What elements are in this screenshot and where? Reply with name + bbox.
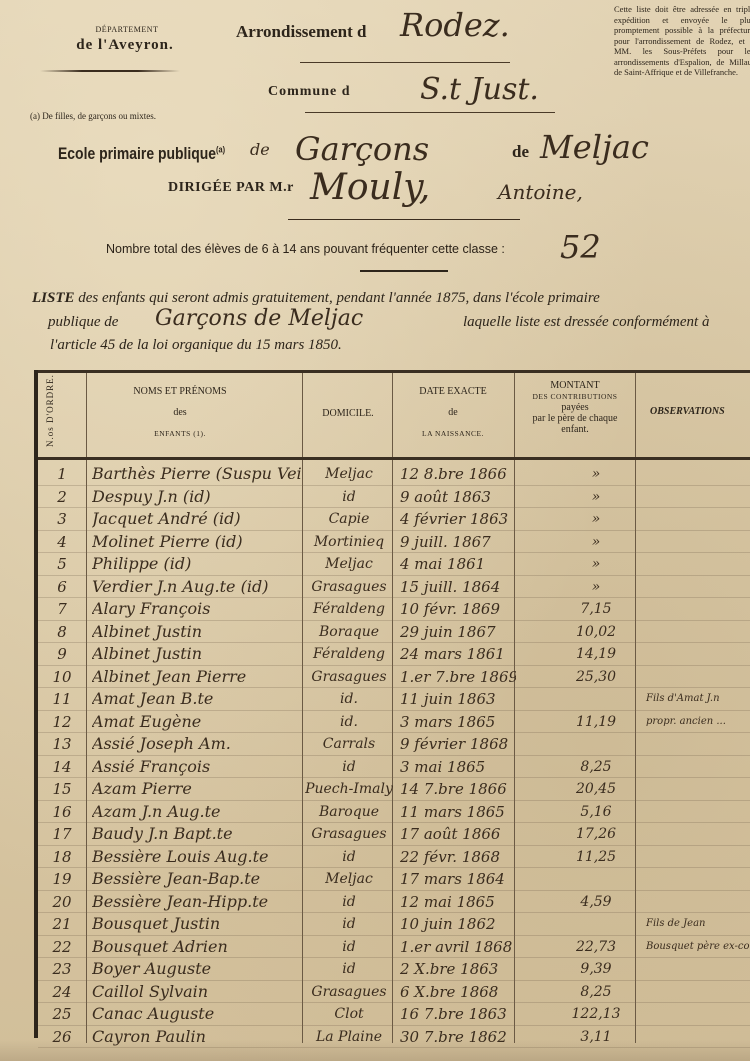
header-observations: OBSERVATIONS <box>636 375 750 457</box>
pupil-name: Philippe (id) <box>92 553 302 575</box>
birth-date: 6 X.bre 1868 <box>396 981 516 1003</box>
order-number: 16 <box>38 801 86 823</box>
ornamental-rule <box>288 219 520 220</box>
contribution-amount: 22,73 <box>516 936 636 958</box>
contribution-amount: 20,45 <box>516 778 636 800</box>
birth-date: 1.er avril 1868 <box>396 936 516 958</box>
birth-date: 17 août 1866 <box>396 823 516 845</box>
domicile: id <box>304 891 394 913</box>
order-number: 19 <box>38 868 86 890</box>
order-number: 13 <box>38 733 86 755</box>
pupil-name: Amat Jean B.te <box>92 688 302 710</box>
observation <box>638 778 750 800</box>
table-row: 19Bessière Jean-Bap.teMeljac17 mars 1864 <box>38 868 750 891</box>
order-number: 21 <box>38 913 86 935</box>
contribution-amount <box>516 913 636 935</box>
divider <box>360 270 448 272</box>
birth-date: 3 mars 1865 <box>396 711 516 733</box>
ornamental-rule <box>300 62 510 63</box>
table-row: 11Amat Jean B.teid.11 juin 1863Fils d'Am… <box>38 688 750 711</box>
birth-date: 24 mars 1861 <box>396 643 516 665</box>
liste-school-value: Garçons de Meljac <box>155 306 363 331</box>
table-row: 5Philippe (id)Meljac4 mai 1861» <box>38 553 750 576</box>
contribution-amount: » <box>516 576 636 598</box>
birth-date: 15 juill. 1864 <box>396 576 516 598</box>
liste-line-2-prefix: publique de <box>48 314 118 331</box>
order-number: 25 <box>38 1003 86 1025</box>
ornamental-rule <box>40 70 180 72</box>
domicile: Mortinieq <box>304 531 394 553</box>
domicile: id <box>304 913 394 935</box>
domicile: Clot <box>304 1003 394 1025</box>
order-number: 17 <box>38 823 86 845</box>
domicile: id <box>304 958 394 980</box>
contribution-amount: 14,19 <box>516 643 636 665</box>
order-number: 4 <box>38 531 86 553</box>
footnote-school-type: (a) De filles, de garçons ou mixtes. <box>30 111 156 121</box>
observation <box>638 891 750 913</box>
contribution-amount: 11,25 <box>516 846 636 868</box>
pupil-name: Azam Pierre <box>92 778 302 800</box>
header-contributions: MONTANT DES CONTRIBUTIONS payées par le … <box>515 375 635 457</box>
birth-date: 29 juin 1867 <box>396 621 516 643</box>
domicile: id. <box>304 688 394 710</box>
contribution-amount <box>516 733 636 755</box>
order-number: 2 <box>38 486 86 508</box>
observation <box>638 666 750 688</box>
birth-date: 16 7.bre 1863 <box>396 1003 516 1025</box>
order-number: 11 <box>38 688 86 710</box>
table-row: 1Barthès Pierre (Suspu Veilh)Meljac12 8.… <box>38 463 750 486</box>
pupil-name: Jacquet André (id) <box>92 508 302 530</box>
domicile: id <box>304 756 394 778</box>
director-label: DIRIGÉE PAR M.r <box>168 180 294 196</box>
table-row: 17Baudy J.n Bapt.teGrasagues17 août 1866… <box>38 823 750 846</box>
table-row: 9Albinet JustinFéraldeng24 mars 186114,1… <box>38 643 750 666</box>
domicile: Féraldeng <box>304 598 394 620</box>
pupil-name: Amat Eugène <box>92 711 302 733</box>
observation <box>638 531 750 553</box>
table-row: 15Azam PierrePuech-Imaly14 7.bre 186620,… <box>38 778 750 801</box>
observation <box>638 553 750 575</box>
director-surname: Mouly, <box>310 167 430 208</box>
arrondissement-value: Rodez. <box>400 6 510 44</box>
domicile: Féraldeng <box>304 643 394 665</box>
paper-edge <box>0 1040 750 1061</box>
birth-date: 1.er 7.bre 1869 <box>396 666 516 688</box>
domicile: Grasagues <box>304 666 394 688</box>
table-row: 10Albinet Jean PierreGrasagues1.er 7.bre… <box>38 666 750 689</box>
table-row: 6Verdier J.n Aug.te (id)Grasagues15 juil… <box>38 576 750 599</box>
domicile: id <box>304 936 394 958</box>
contribution-amount: 5,16 <box>516 801 636 823</box>
domicile: Grasagues <box>304 576 394 598</box>
header-birth-date: DATE EXACTE de LA NAISSANCE. <box>393 375 513 457</box>
school-de-2: de <box>512 142 529 162</box>
order-number: 9 <box>38 643 86 665</box>
observation <box>638 1003 750 1025</box>
contribution-amount: » <box>516 531 636 553</box>
observation <box>638 643 750 665</box>
observation <box>638 576 750 598</box>
total-pupils-value: 52 <box>560 228 601 266</box>
domicile: Grasagues <box>304 981 394 1003</box>
pupil-name: Albinet Justin <box>92 621 302 643</box>
contribution-amount: » <box>516 553 636 575</box>
ornamental-rule <box>305 112 555 113</box>
observation <box>638 621 750 643</box>
school-de: de <box>250 140 270 159</box>
observation <box>638 801 750 823</box>
liste-line-3: l'article 45 de la loi organique du 15 m… <box>50 337 342 354</box>
order-number: 3 <box>38 508 86 530</box>
birth-date: 9 août 1863 <box>396 486 516 508</box>
contribution-amount: 9,39 <box>516 958 636 980</box>
table-row: 25Canac AugusteClot16 7.bre 1863122,13 <box>38 1003 750 1026</box>
table-row: 4Molinet Pierre (id)Mortinieq9 juill. 18… <box>38 531 750 554</box>
order-number: 18 <box>38 846 86 868</box>
contribution-amount: 122,13 <box>516 1003 636 1025</box>
school-place-value: Meljac <box>540 128 649 166</box>
domicile: Meljac <box>304 553 394 575</box>
order-number: 8 <box>38 621 86 643</box>
pupil-name: Molinet Pierre (id) <box>92 531 302 553</box>
order-number: 20 <box>38 891 86 913</box>
observation <box>638 486 750 508</box>
pupil-name: Assié François <box>92 756 302 778</box>
school-label: Ecole primaire publique(a) <box>58 144 225 164</box>
table-row: 21Bousquet Justinid10 juin 1862Fils de J… <box>38 913 750 936</box>
observation <box>638 598 750 620</box>
birth-date: 3 mai 1865 <box>396 756 516 778</box>
order-number: 23 <box>38 958 86 980</box>
birth-date: 12 8.bre 1866 <box>396 463 516 485</box>
birth-date: 11 juin 1863 <box>396 688 516 710</box>
departement-label: DÉPARTEMENT <box>62 25 192 34</box>
commune-label: Commune d <box>268 84 351 100</box>
birth-date: 10 févr. 1869 <box>396 598 516 620</box>
observation <box>638 958 750 980</box>
liste-line-1: LISTE des enfants qui seront admis gratu… <box>32 290 600 307</box>
pupil-name: Azam J.n Aug.te <box>92 801 302 823</box>
domicile: id. <box>304 711 394 733</box>
observation: Fils d'Amat J.n <box>638 688 750 710</box>
pupil-name: Bousquet Adrien <box>92 936 302 958</box>
contribution-amount: 8,25 <box>516 756 636 778</box>
table-row: 7Alary FrançoisFéraldeng10 févr. 18697,1… <box>38 598 750 621</box>
arrondissement-label: Arrondissement d <box>236 22 367 42</box>
pupil-name: Boyer Auguste <box>92 958 302 980</box>
order-number: 5 <box>38 553 86 575</box>
order-number: 6 <box>38 576 86 598</box>
contribution-amount: » <box>516 463 636 485</box>
observation <box>638 756 750 778</box>
table-row: 23Boyer Augusteid2 X.bre 18639,39 <box>38 958 750 981</box>
domicile: id <box>304 486 394 508</box>
observation <box>638 823 750 845</box>
school-type-value: Garçons <box>295 130 429 168</box>
order-number: 15 <box>38 778 86 800</box>
contribution-amount: 11,19 <box>516 711 636 733</box>
commune-value: S.t Just. <box>420 72 539 107</box>
birth-date: 9 février 1868 <box>396 733 516 755</box>
birth-date: 4 mai 1861 <box>396 553 516 575</box>
order-number: 1 <box>38 463 86 485</box>
table-row: 22Bousquet Adrienid1.er avril 186822,73B… <box>38 936 750 959</box>
contribution-amount: » <box>516 508 636 530</box>
pupil-name: Albinet Justin <box>92 643 302 665</box>
contribution-amount <box>516 868 636 890</box>
pupil-name: Canac Auguste <box>92 1003 302 1025</box>
contribution-amount <box>516 688 636 710</box>
contribution-amount: 4,59 <box>516 891 636 913</box>
observation <box>638 981 750 1003</box>
contribution-amount: 25,30 <box>516 666 636 688</box>
observation: Bousquet père ex-conseiller <box>638 936 750 958</box>
domicile: Meljac <box>304 868 394 890</box>
contribution-amount: 7,15 <box>516 598 636 620</box>
pupil-name: Assié Joseph Am. <box>92 733 302 755</box>
domicile: Meljac <box>304 463 394 485</box>
observation: Fils de Jean <box>638 913 750 935</box>
departement-name: de l'Aveyron. <box>30 37 220 54</box>
table-row: 3Jacquet André (id)Capie4 février 1863» <box>38 508 750 531</box>
observation <box>638 463 750 485</box>
birth-date: 10 juin 1862 <box>396 913 516 935</box>
table-row: 18Bessière Louis Aug.teid22 févr. 186811… <box>38 846 750 869</box>
table-row: 8Albinet JustinBoraque29 juin 186710,02 <box>38 621 750 644</box>
domicile: Capie <box>304 508 394 530</box>
contribution-amount: » <box>516 486 636 508</box>
instruction-note: Cette liste doit être adressée en triple… <box>614 4 750 78</box>
header-bottom-border <box>38 457 750 460</box>
birth-date: 22 févr. 1868 <box>396 846 516 868</box>
observation <box>638 733 750 755</box>
header-names: NOMS ET PRÉNOMS des ENFANTS (1). <box>87 375 273 457</box>
table-row: 12Amat Eugèneid.3 mars 186511,19propr. a… <box>38 711 750 734</box>
domicile: Carrals <box>304 733 394 755</box>
pupil-name: Verdier J.n Aug.te (id) <box>92 576 302 598</box>
table-row: 14Assié Françoisid3 mai 18658,25 <box>38 756 750 779</box>
table-row: 2Despuy J.n (id)id9 août 1863» <box>38 486 750 509</box>
order-number: 24 <box>38 981 86 1003</box>
table-top-border <box>36 370 750 373</box>
table-row: 20Bessière Jean-Hipp.teid12 mai 18654,59 <box>38 891 750 914</box>
header-order-number: N.os D'ORDRE. <box>36 375 86 457</box>
table-row: 24Caillol SylvainGrasagues6 X.bre 18688,… <box>38 981 750 1004</box>
domicile: Puech-Imaly <box>304 778 394 800</box>
director-firstname: Antoine, <box>498 180 583 204</box>
contribution-amount: 10,02 <box>516 621 636 643</box>
pupil-name: Bessière Jean-Hipp.te <box>92 891 302 913</box>
pupil-name: Despuy J.n (id) <box>92 486 302 508</box>
table-row: 13Assié Joseph Am.Carrals9 février 1868 <box>38 733 750 756</box>
observation: propr. ancien ... <box>638 711 750 733</box>
pupil-name: Alary François <box>92 598 302 620</box>
pupil-name: Bousquet Justin <box>92 913 302 935</box>
liste-line-2-suffix: laquelle liste est dressée conformément … <box>463 314 709 331</box>
order-number: 22 <box>38 936 86 958</box>
pupil-name: Barthès Pierre (Suspu Veilh) <box>92 463 302 485</box>
birth-date: 11 mars 1865 <box>396 801 516 823</box>
order-number: 10 <box>38 666 86 688</box>
order-number: 14 <box>38 756 86 778</box>
domicile: Baroque <box>304 801 394 823</box>
total-pupils-label: Nombre total des élèves de 6 à 14 ans po… <box>106 242 505 256</box>
header-domicile: DOMICILE. <box>303 375 393 457</box>
birth-date: 9 juill. 1867 <box>396 531 516 553</box>
contribution-amount: 17,26 <box>516 823 636 845</box>
birth-date: 4 février 1863 <box>396 508 516 530</box>
observation <box>638 868 750 890</box>
domicile: Boraque <box>304 621 394 643</box>
domicile: id <box>304 846 394 868</box>
observation <box>638 846 750 868</box>
pupil-name: Bessière Jean-Bap.te <box>92 868 302 890</box>
contribution-amount: 8,25 <box>516 981 636 1003</box>
birth-date: 12 mai 1865 <box>396 891 516 913</box>
order-number: 12 <box>38 711 86 733</box>
table-row: 16Azam J.n Aug.teBaroque11 mars 18655,16 <box>38 801 750 824</box>
birth-date: 14 7.bre 1866 <box>396 778 516 800</box>
birth-date: 17 mars 1864 <box>396 868 516 890</box>
pupil-name: Bessière Louis Aug.te <box>92 846 302 868</box>
domicile: Grasagues <box>304 823 394 845</box>
pupil-name: Baudy J.n Bapt.te <box>92 823 302 845</box>
observation <box>638 508 750 530</box>
birth-date: 2 X.bre 1863 <box>396 958 516 980</box>
pupil-name: Albinet Jean Pierre <box>92 666 302 688</box>
pupil-name: Caillol Sylvain <box>92 981 302 1003</box>
order-number: 7 <box>38 598 86 620</box>
